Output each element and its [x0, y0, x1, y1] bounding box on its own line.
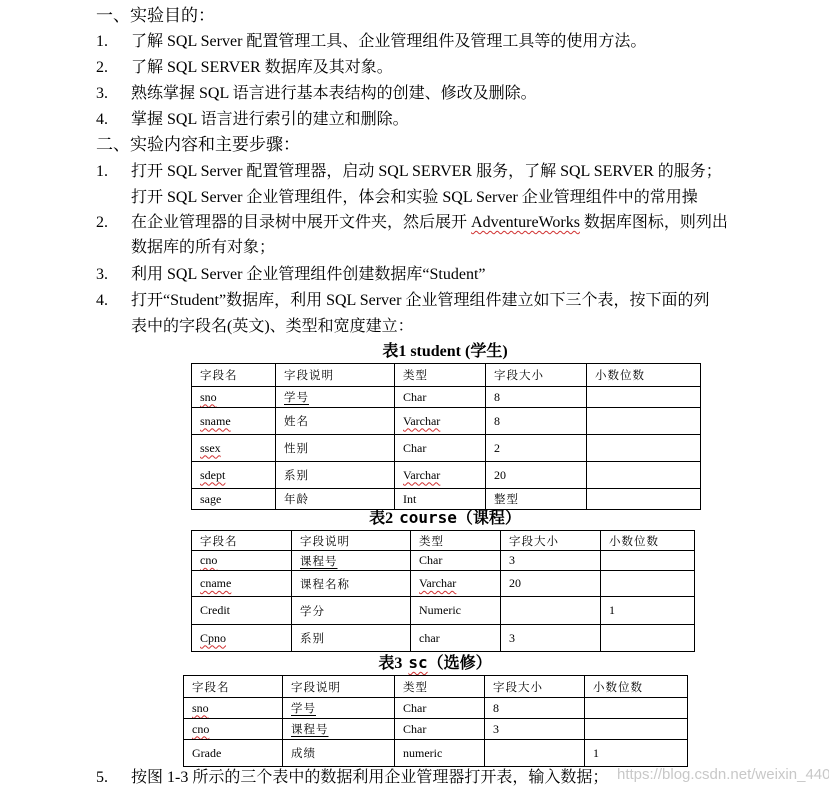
type-cell: Char — [395, 698, 485, 719]
field-name: sdept — [200, 468, 225, 482]
field-desc: 学号 — [291, 701, 316, 715]
table-row: sno 学号 Char 8 — [184, 698, 688, 719]
spellcheck-flagged-word: AdventureWorks — [471, 214, 580, 231]
table-3-caption: 表3sc（选修） — [180, 654, 690, 673]
field-desc: 课程号 — [291, 722, 329, 736]
header-cell: 小数位数 — [587, 364, 701, 387]
decimals-cell — [587, 462, 701, 489]
header-cell: 类型 — [395, 364, 486, 387]
table-row: sname 姓名 Varchar 8 — [192, 408, 701, 435]
caption-prefix: 表2 — [369, 510, 393, 527]
header-cell: 字段名 — [192, 531, 292, 551]
list-text: 利用 SQL Server 企业管理组件创建数据库“Student” — [131, 265, 486, 285]
list-number: 4. — [96, 291, 108, 311]
table-row: cno 课程号 Char 3 — [192, 551, 695, 571]
field-name-cell: sdept — [192, 462, 276, 489]
list-number: 2. — [96, 213, 108, 233]
header-cell: 字段大小 — [485, 676, 585, 698]
size-cell: 整型 — [486, 489, 587, 510]
size-cell — [485, 740, 585, 767]
header-cell: 小数位数 — [601, 531, 695, 551]
list-text: 了解 SQL Server 配置管理工具、企业管理组件及管理工具等的使用方法。 — [131, 32, 646, 52]
field-desc-cell: 课程号 — [283, 719, 395, 740]
list-text: 了解 SQL SERVER 数据库及其对象。 — [131, 58, 393, 78]
header-cell: 字段说明 — [283, 676, 395, 698]
field-desc-cell: 年龄 — [276, 489, 395, 510]
field-desc: 学号 — [284, 390, 309, 404]
header-cell: 字段说明 — [276, 364, 395, 387]
list-text: 熟练掌握 SQL 语言进行基本表结构的创建、修改及删除。 — [131, 84, 537, 104]
table-row: cname 课程名称 Varchar 20 — [192, 571, 695, 597]
type-cell: numeric — [395, 740, 485, 767]
list-text: 打开 SQL Server 配置管理器，启动 SQL SERVER 服务，了解 … — [131, 162, 722, 182]
decimals-cell — [601, 551, 695, 571]
field-name-cell: Grade — [184, 740, 283, 767]
list-text: 在企业管理器的目录树中展开文件夹，然后展开 AdventureWorks 数据库… — [131, 213, 728, 233]
field-name: sno — [200, 390, 217, 404]
caption-suffix: (学生) — [465, 343, 508, 360]
text-segment: 在企业管理器的目录树中展开文件夹，然后展开 — [131, 214, 471, 231]
decimals-cell — [587, 387, 701, 408]
field-name: ssex — [200, 441, 221, 455]
size-cell: 3 — [501, 625, 601, 652]
list-text: 打开“Student”数据库，利用 SQL Server 企业管理组件建立如下三… — [131, 291, 710, 311]
type-value: Varchar — [403, 414, 440, 428]
text-segment: 数据库图标，则列出 — [580, 214, 728, 231]
caption-prefix: 表3 — [378, 655, 402, 672]
table-row: Grade 成绩 numeric 1 — [184, 740, 688, 767]
field-name-cell: sno — [184, 698, 283, 719]
header-cell: 类型 — [395, 676, 485, 698]
table-student: 字段名 字段说明 类型 字段大小 小数位数 sno 学号 Char 8 snam… — [191, 363, 701, 510]
field-name-cell: ssex — [192, 435, 276, 462]
field-desc-cell: 性别 — [276, 435, 395, 462]
header-cell: 字段说明 — [292, 531, 411, 551]
list-text: 数据库的所有对象； — [131, 238, 275, 258]
size-cell: 8 — [486, 408, 587, 435]
list-number: 3. — [96, 265, 108, 285]
field-desc-cell: 课程号 — [292, 551, 411, 571]
caption-table-name: course — [399, 508, 457, 527]
field-desc-cell: 课程名称 — [292, 571, 411, 597]
field-name: sname — [200, 414, 231, 428]
decimals-cell — [601, 571, 695, 597]
type-value: Varchar — [403, 468, 440, 482]
header-cell: 字段大小 — [501, 531, 601, 551]
table-row: Cpno 系别 char 3 — [192, 625, 695, 652]
size-cell: 8 — [485, 698, 585, 719]
table-row: Credit 学分 Numeric 1 — [192, 597, 695, 625]
type-value: Varchar — [419, 576, 456, 590]
field-name-cell: Credit — [192, 597, 292, 625]
section-2-title: 二、实验内容和主要步骤： — [96, 135, 300, 155]
field-name-cell: Cpno — [192, 625, 292, 652]
table-row: sno 学号 Char 8 — [192, 387, 701, 408]
header-cell: 类型 — [411, 531, 501, 551]
decimals-cell — [601, 625, 695, 652]
size-cell: 3 — [485, 719, 585, 740]
decimals-cell: 1 — [585, 740, 688, 767]
list-number: 5. — [96, 768, 108, 788]
type-cell: Varchar — [395, 462, 486, 489]
field-desc-cell: 学号 — [283, 698, 395, 719]
field-desc-cell: 系别 — [292, 625, 411, 652]
table-sc: 字段名 字段说明 类型 字段大小 小数位数 sno 学号 Char 8 cno … — [183, 675, 688, 767]
type-cell: char — [411, 625, 501, 652]
list-text: 按图 1-3 所示的三个表中的数据利用企业管理器打开表，输入数据； — [131, 768, 608, 788]
decimals-cell — [587, 435, 701, 462]
list-text: 掌握 SQL 语言进行索引的建立和删除。 — [131, 110, 409, 130]
caption-suffix: （选修） — [428, 655, 492, 672]
list-number: 3. — [96, 84, 108, 104]
caption-table-name: student — [410, 343, 461, 360]
field-name: cname — [200, 576, 231, 590]
type-cell: Varchar — [411, 571, 501, 597]
caption-prefix: 表1 — [382, 343, 406, 360]
field-desc-cell: 姓名 — [276, 408, 395, 435]
type-cell: Int — [395, 489, 486, 510]
header-cell: 小数位数 — [585, 676, 688, 698]
decimals-cell — [585, 719, 688, 740]
type-cell: Char — [395, 387, 486, 408]
list-number: 2. — [96, 58, 108, 78]
field-name: sno — [192, 701, 209, 715]
field-name: cno — [200, 553, 217, 567]
type-cell: Char — [411, 551, 501, 571]
table-header-row: 字段名 字段说明 类型 字段大小 小数位数 — [192, 364, 701, 387]
field-name-cell: cno — [184, 719, 283, 740]
table-course: 字段名 字段说明 类型 字段大小 小数位数 cno 课程号 Char 3 cna… — [191, 530, 695, 652]
decimals-cell: 1 — [601, 597, 695, 625]
decimals-cell — [587, 489, 701, 510]
field-name-cell: cno — [192, 551, 292, 571]
section-1-title: 一、实验目的： — [96, 6, 215, 26]
list-number: 1. — [96, 32, 108, 52]
table-header-row: 字段名 字段说明 类型 字段大小 小数位数 — [184, 676, 688, 698]
size-cell — [501, 597, 601, 625]
table-header-row: 字段名 字段说明 类型 字段大小 小数位数 — [192, 531, 695, 551]
size-cell: 20 — [486, 462, 587, 489]
decimals-cell — [587, 408, 701, 435]
watermark: https://blog.csdn.net/weixin_44096577 — [617, 766, 829, 783]
header-cell: 字段名 — [184, 676, 283, 698]
header-cell: 字段名 — [192, 364, 276, 387]
table-row: sage 年龄 Int 整型 — [192, 489, 701, 510]
size-cell: 20 — [501, 571, 601, 597]
decimals-cell — [585, 698, 688, 719]
table-row: sdept 系别 Varchar 20 — [192, 462, 701, 489]
field-name-cell: cname — [192, 571, 292, 597]
size-cell: 2 — [486, 435, 587, 462]
header-cell: 字段大小 — [486, 364, 587, 387]
table-row: cno 课程号 Char 3 — [184, 719, 688, 740]
field-desc-cell: 学号 — [276, 387, 395, 408]
type-cell: Char — [395, 719, 485, 740]
size-cell: 8 — [486, 387, 587, 408]
type-cell: Varchar — [395, 408, 486, 435]
list-number: 4. — [96, 110, 108, 130]
list-text: 表中的字段名(英文)、类型和宽度建立： — [131, 317, 414, 337]
field-desc-cell: 系别 — [276, 462, 395, 489]
list-text: 打开 SQL Server 企业管理组件，体会和实验 SQL Server 企业… — [131, 188, 698, 208]
table-2-caption: 表2course（课程） — [190, 509, 700, 528]
size-cell: 3 — [501, 551, 601, 571]
field-name-cell: sname — [192, 408, 276, 435]
field-name: cno — [192, 722, 209, 736]
caption-suffix: （课程） — [457, 510, 521, 527]
field-name: Cpno — [200, 631, 226, 645]
type-cell: Char — [395, 435, 486, 462]
caption-table-name: sc — [408, 653, 427, 672]
field-name-cell: sage — [192, 489, 276, 510]
type-cell: Numeric — [411, 597, 501, 625]
field-name-cell: sno — [192, 387, 276, 408]
table-1-caption: 表1 student (学生) — [190, 343, 700, 361]
field-desc-cell: 学分 — [292, 597, 411, 625]
list-number: 1. — [96, 162, 108, 182]
table-row: ssex 性别 Char 2 — [192, 435, 701, 462]
field-desc: 课程号 — [300, 554, 338, 568]
field-desc-cell: 成绩 — [283, 740, 395, 767]
